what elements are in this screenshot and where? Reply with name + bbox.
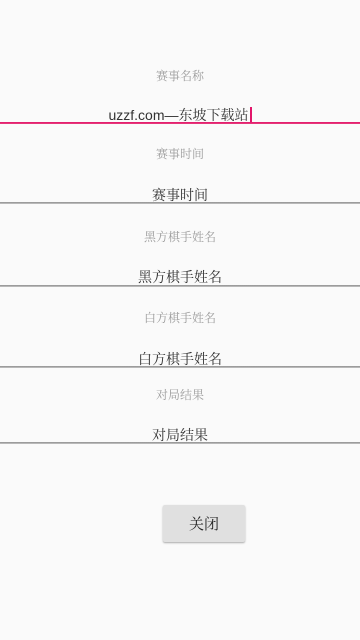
black-player-underline <box>0 285 360 287</box>
black-player-value: 黑方棋手姓名 <box>138 268 222 286</box>
text-cursor <box>250 107 252 123</box>
close-button[interactable]: 关闭 <box>163 505 245 542</box>
event-name-underline <box>0 122 360 124</box>
black-player-label: 黑方棋手姓名 <box>0 230 360 244</box>
event-time-label: 赛事时间 <box>0 147 360 161</box>
black-player-input[interactable]: 黑方棋手姓名 <box>0 268 360 286</box>
game-result-label: 对局结果 <box>0 388 360 402</box>
game-record-form: 赛事名称 uzzf.com—东坡下载站 赛事时间 赛事时间 黑方棋手姓名 黑方棋… <box>0 0 360 640</box>
white-player-underline <box>0 366 360 368</box>
game-result-underline <box>0 442 360 444</box>
event-time-underline <box>0 202 360 204</box>
event-name-label: 赛事名称 <box>0 69 360 83</box>
white-player-label: 白方棋手姓名 <box>0 311 360 325</box>
